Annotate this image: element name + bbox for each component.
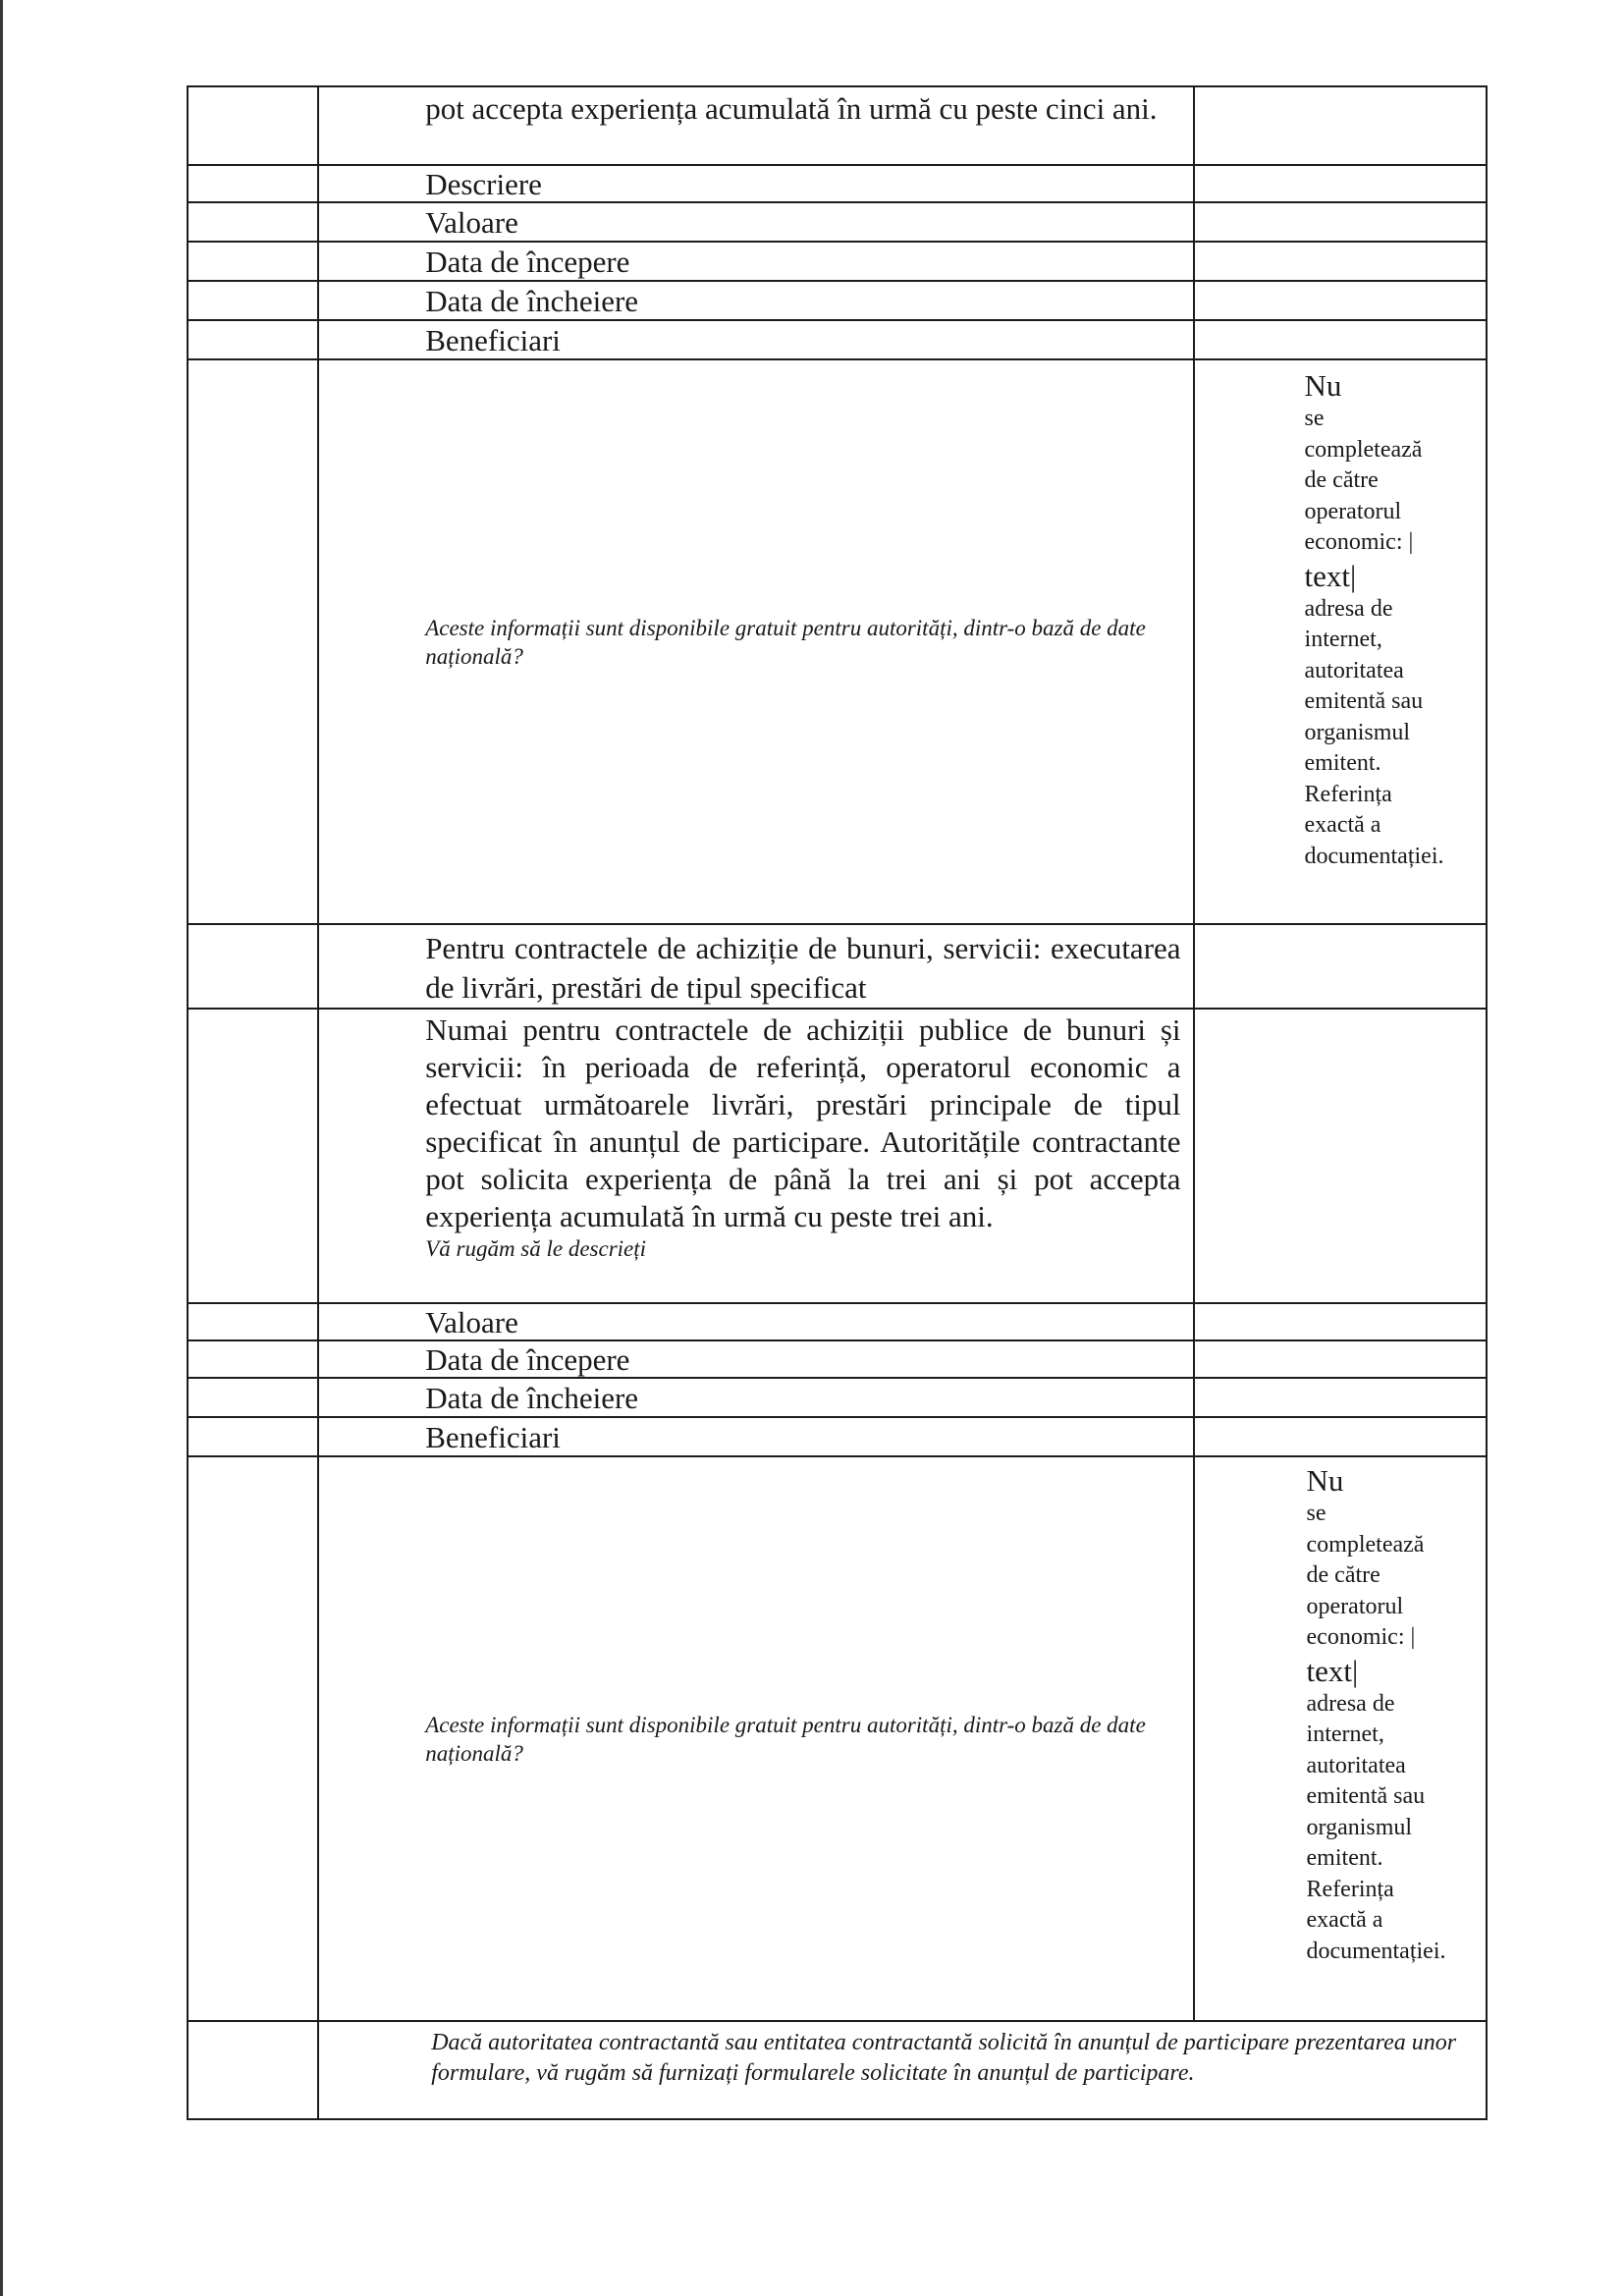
index-cell [188, 1456, 318, 2021]
answer-cell[interactable] [1194, 924, 1487, 1009]
index-cell [188, 359, 318, 924]
answer-line: internet, [1195, 625, 1489, 656]
table-row: Valoare [188, 202, 1487, 242]
answer-line: exactă a [1195, 1905, 1486, 1937]
answer-cell[interactable] [1194, 1009, 1487, 1303]
table-row: pot accepta experiența acumulată în urmă… [188, 86, 1487, 165]
index-cell [188, 1340, 318, 1378]
answer-cell[interactable] [1194, 1417, 1487, 1456]
field-label-descriere: Descriere [319, 166, 1192, 201]
answer-line: Referința [1195, 1875, 1486, 1906]
table-row: Descriere [188, 165, 1487, 202]
database-answer-cell[interactable]: Nu se completează de către operatorul ec… [1194, 1456, 1487, 2021]
scan-edge [0, 0, 3, 2296]
table-row: Aceste informații sunt disponibile gratu… [188, 359, 1487, 924]
answer-line: se [1195, 1499, 1486, 1530]
contract-description: Numai pentru contractele de achiziții pu… [319, 1010, 1192, 1235]
forms-request-text: Dacă autoritatea contractantă sau entita… [319, 2022, 1486, 2093]
contract-section-title: Pentru contractele de achiziție de bunur… [319, 925, 1192, 1008]
answer-line: autoritatea [1195, 656, 1489, 687]
index-cell [188, 1417, 318, 1456]
answer-line: documentației. [1195, 1937, 1486, 1968]
table-row: Data de încheiere [188, 1378, 1487, 1417]
field-label-valoare: Valoare [319, 1304, 1192, 1339]
table-row: Aceste informații sunt disponibile gratu… [188, 1456, 1487, 2021]
answer-line: economic: | [1195, 1622, 1486, 1654]
answer-line: completează [1195, 1530, 1486, 1561]
answer-line: adresa de [1195, 594, 1489, 626]
answer-cell[interactable] [1194, 202, 1487, 242]
answer-line: organismul [1195, 718, 1489, 749]
answer-line: de către [1195, 465, 1489, 497]
index-cell [188, 320, 318, 359]
index-cell [188, 202, 318, 242]
answer-line: adresa de [1195, 1689, 1486, 1721]
database-answer-cell[interactable]: Nu se completează de către operatorul ec… [1194, 359, 1487, 924]
answer-line: operatorul [1195, 1592, 1486, 1623]
table-row: Beneficiari [188, 1417, 1487, 1456]
field-label-data-incepere: Data de începere [319, 243, 1192, 280]
answer-line: documentației. [1195, 842, 1489, 873]
database-answer: Nu se completează de către operatorul ec… [1087, 360, 1489, 872]
intro-tail-cell: pot accepta experiența acumulată în urmă… [318, 86, 1193, 165]
field-label-data-incheiere: Data de încheiere [319, 282, 1192, 319]
answer-line: operatorul [1195, 497, 1489, 528]
index-cell [188, 281, 318, 320]
answer-line: autoritatea [1195, 1751, 1486, 1782]
database-answer: Nu se completează de către operatorul ec… [1195, 1457, 1486, 1967]
database-question: Aceste informații sunt disponibile gratu… [319, 614, 1192, 671]
table-row: Numai pentru contractele de achiziții pu… [188, 1009, 1487, 1303]
answer-cell[interactable] [1194, 1340, 1487, 1378]
index-cell [188, 924, 318, 1009]
table-row: Pentru contractele de achiziție de bunur… [188, 924, 1487, 1009]
procurement-form-table: pot accepta experiența acumulată în urmă… [187, 85, 1488, 2120]
answer-cell[interactable] [1194, 242, 1487, 281]
answer-cell[interactable] [1194, 86, 1487, 165]
answer-nu: Nu [1195, 1463, 1486, 1499]
answer-cell[interactable] [1194, 1303, 1487, 1340]
index-cell [188, 86, 318, 165]
answer-line: exactă a [1195, 810, 1489, 842]
describe-instruction: Vă rugăm să le descrieți [319, 1235, 1192, 1263]
table-row: Data de începere [188, 1340, 1487, 1378]
index-cell [188, 165, 318, 202]
answer-nu: Nu [1195, 368, 1489, 404]
answer-cell[interactable] [1194, 281, 1487, 320]
answer-cell[interactable] [1194, 320, 1487, 359]
index-cell [188, 1009, 318, 1303]
table-row: Data de încheiere [188, 281, 1487, 320]
answer-text-field[interactable]: text| [1195, 559, 1489, 594]
answer-line: Referința [1195, 780, 1489, 811]
index-cell [188, 242, 318, 281]
field-label-beneficiari: Beneficiari [319, 1418, 1192, 1455]
table-row: Beneficiari [188, 320, 1487, 359]
table-row: Dacă autoritatea contractantă sau entita… [188, 2021, 1487, 2119]
answer-line: organismul [1195, 1813, 1486, 1844]
answer-line: completează [1195, 435, 1489, 466]
answer-text-field[interactable]: text| [1195, 1654, 1486, 1689]
answer-line: emitent. [1195, 748, 1489, 780]
field-label-data-incheiere: Data de încheiere [319, 1379, 1192, 1416]
answer-line: emitentă sau [1195, 686, 1489, 718]
index-cell [188, 1378, 318, 1417]
answer-cell[interactable] [1194, 1378, 1487, 1417]
index-cell [188, 2021, 318, 2119]
field-label-valoare: Valoare [319, 203, 1192, 241]
answer-line: emitent. [1195, 1843, 1486, 1875]
answer-line: economic: | [1195, 527, 1489, 559]
field-label-beneficiari: Beneficiari [319, 321, 1192, 358]
intro-tail-text: pot accepta experiența acumulată în urmă… [319, 87, 1192, 129]
index-cell [188, 1303, 318, 1340]
field-label-data-incepere: Data de începere [319, 1341, 1192, 1377]
answer-cell[interactable] [1194, 165, 1487, 202]
answer-line: se [1195, 404, 1489, 435]
table-row: Valoare [188, 1303, 1487, 1340]
answer-line: emitentă sau [1195, 1781, 1486, 1813]
answer-line: internet, [1195, 1720, 1486, 1751]
answer-line: de către [1195, 1560, 1486, 1592]
database-question: Aceste informații sunt disponibile gratu… [319, 1711, 1192, 1768]
table-row: Data de începere [188, 242, 1487, 281]
